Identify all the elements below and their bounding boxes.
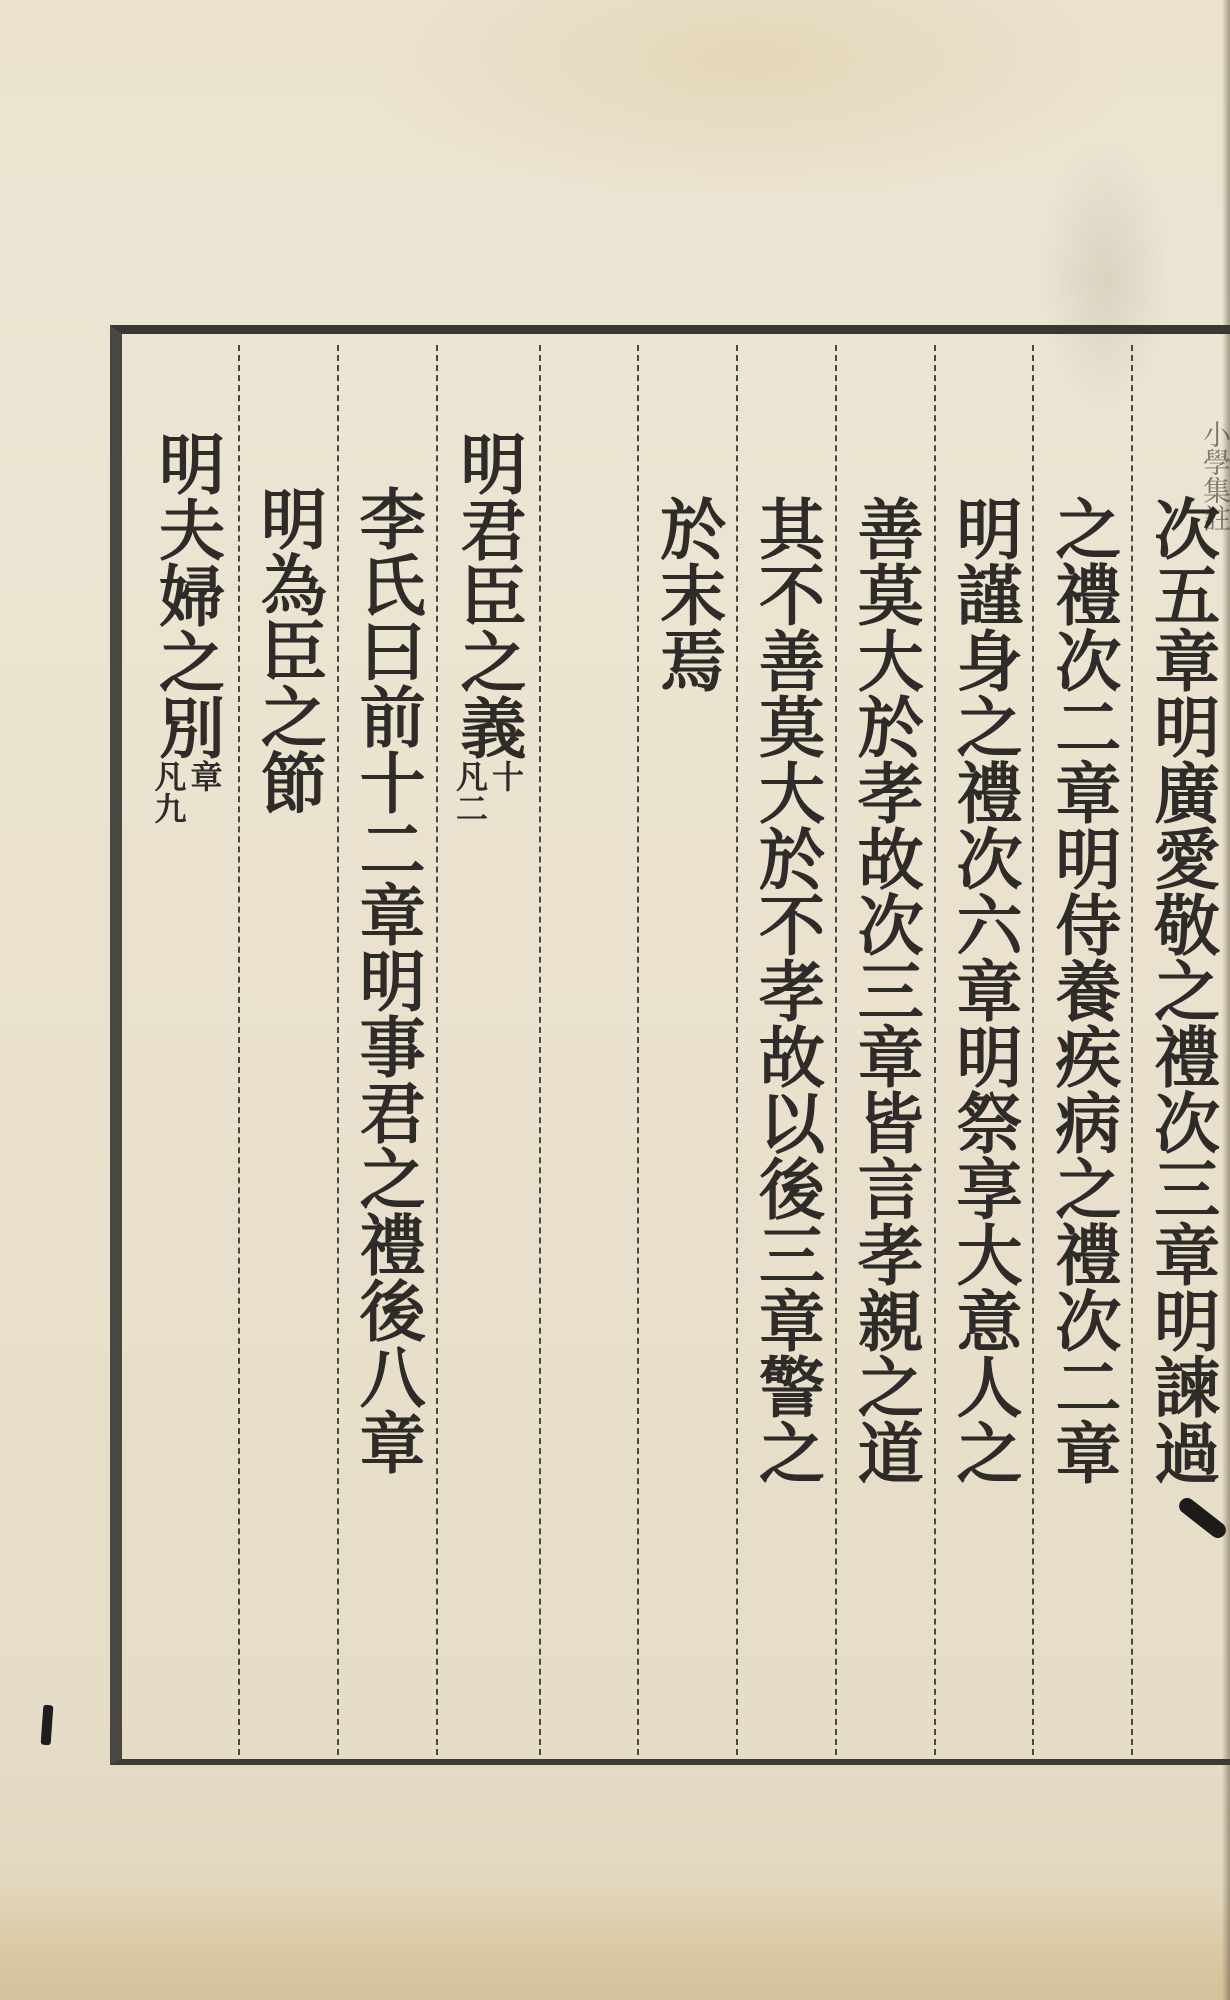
column-text: 明夫婦之別 [141, 430, 231, 760]
interlinear-note: 章 凡九 [151, 760, 221, 824]
column-text: 善莫大於孝故次三章皆言孝親之道 [840, 495, 930, 1485]
column-text: 之禮次二章明侍養疾病之禮次二章 [1038, 495, 1128, 1485]
water-stain-bottom [0, 1880, 1230, 2000]
ink-blot [41, 1705, 54, 1746]
interlinear-note: 十 凡二 [453, 760, 523, 824]
text-column-3: 明謹身之禮次六章明祭享大意人之 [934, 345, 1033, 1755]
text-column-9: 李氏曰前十二章明事君之禮後八章 [337, 345, 436, 1755]
text-column-4: 善莫大於孝故次三章皆言孝親之道 [835, 345, 934, 1755]
note-right: 章 [187, 760, 221, 824]
text-column-5: 其不善莫大於不孝故以後三章警之 [736, 345, 835, 1755]
text-column-8: 明君臣之義 十 凡二 [436, 345, 539, 1755]
column-text: 明君臣之義 [443, 430, 533, 760]
text-column-2: 之禮次二章明侍養疾病之禮次二章 [1032, 345, 1131, 1755]
text-column-7-blank [539, 345, 638, 1755]
note-left: 凡二 [453, 760, 487, 824]
text-column-6: 於末焉 [637, 345, 736, 1755]
text-column-10: 明為臣之節 [238, 345, 337, 1755]
text-column-11: 明夫婦之別 章 凡九 [135, 345, 238, 1755]
column-text: 明為臣之節 [243, 485, 333, 815]
note-left: 凡九 [151, 760, 185, 824]
note-right: 十 [489, 760, 523, 824]
water-stain-top [360, 0, 1140, 200]
column-text: 李氏曰前十二章明事君之禮後八章 [342, 485, 432, 1475]
text-columns: 次五章明廣愛敬之禮次三章明諫過 之禮次二章明侍養疾病之禮次二章 明謹身之禮次六章… [135, 345, 1230, 1755]
column-text: 明謹身之禮次六章明祭享大意人之 [939, 495, 1029, 1485]
column-text: 於末焉 [643, 495, 733, 693]
column-text: 其不善莫大於不孝故以後三章警之 [741, 495, 831, 1485]
fold-margin-text: 小學集註 [1195, 420, 1230, 532]
